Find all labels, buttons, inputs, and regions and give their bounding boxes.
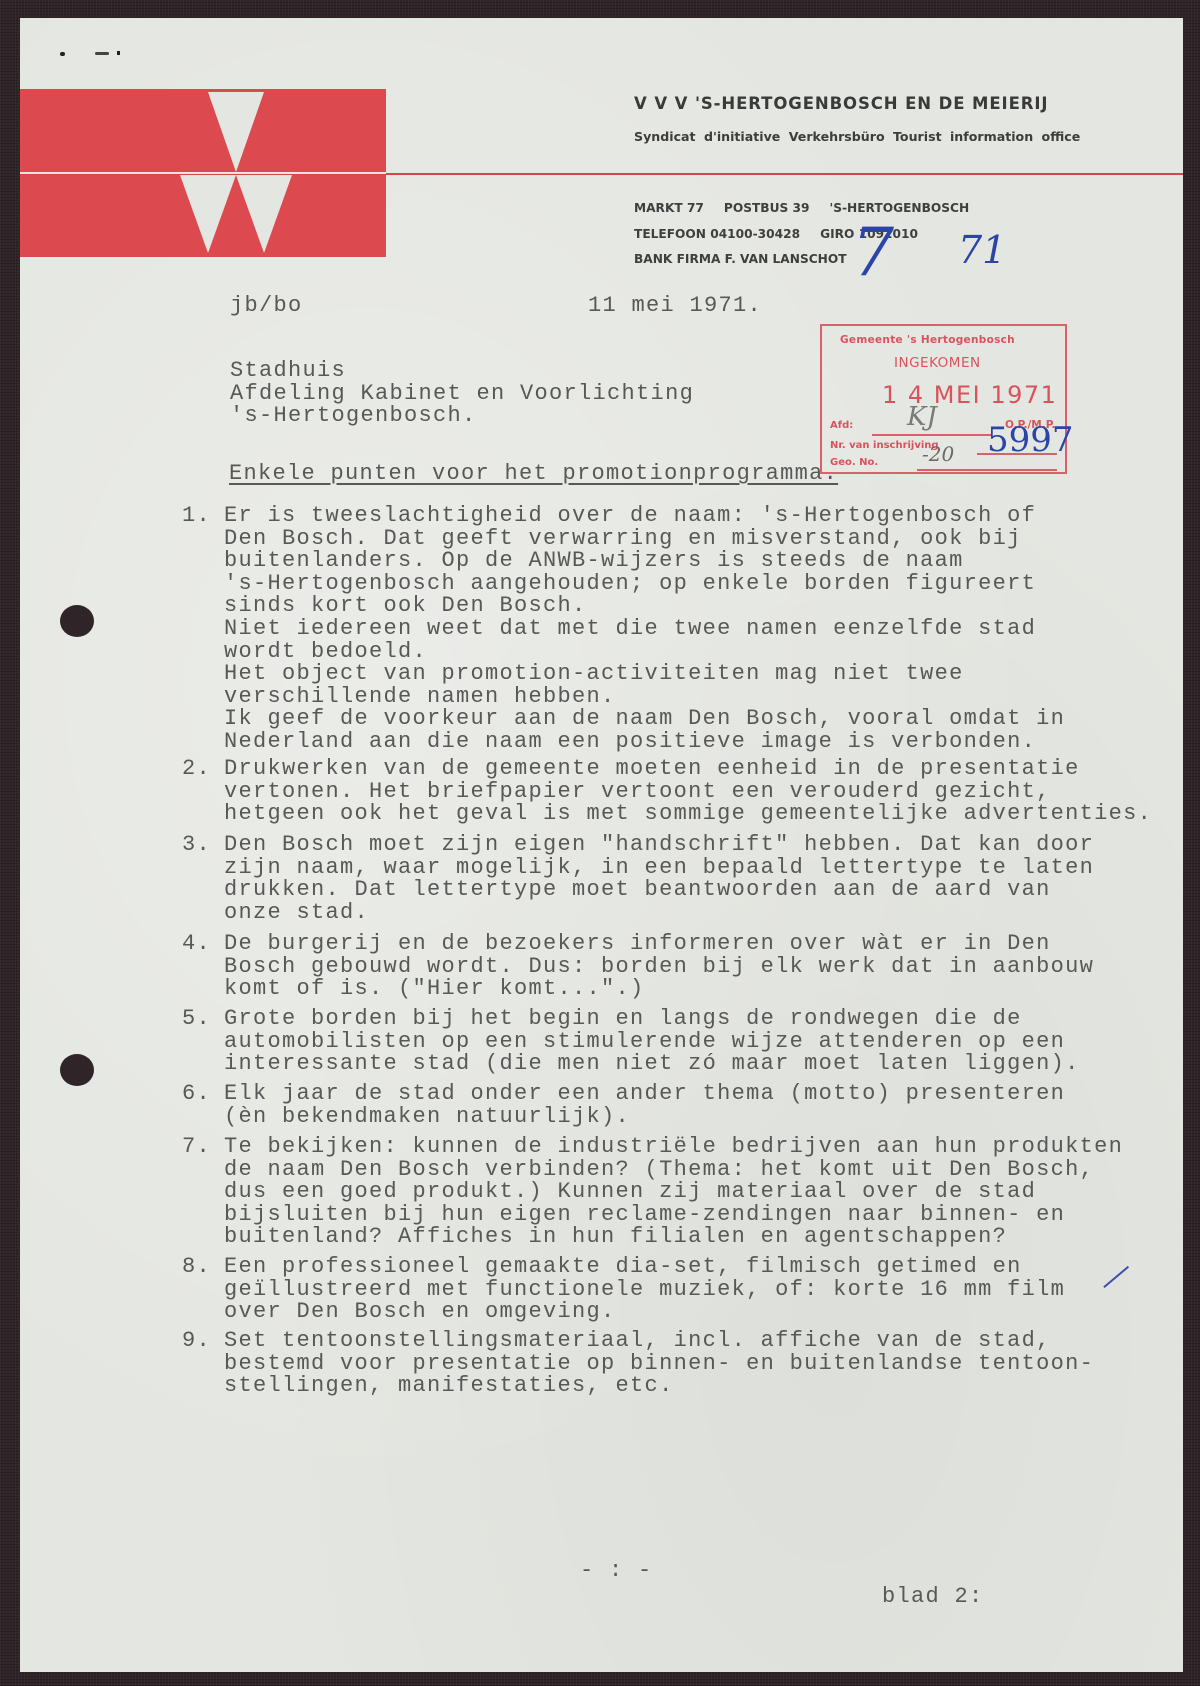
recipient-line-3: 's-Hertogenbosch. (230, 405, 477, 428)
city: 'S-HERTOGENBOSCH (829, 201, 969, 215)
handwritten-afd: KJ (907, 402, 937, 432)
stamp-status: INGEKOMEN (894, 355, 981, 371)
logo-triangle-top (208, 92, 264, 172)
item-body: Te bekijken: kunnen de industriële bedri… (224, 1136, 1123, 1249)
punch-hole-bottom (60, 1054, 94, 1086)
item-number: 6. (182, 1083, 211, 1106)
list-item-3: 3. Den Bosch moet zijn eigen "handschrif… (182, 834, 240, 924)
end-separator: - : - (580, 1560, 653, 1583)
handwritten-number: 5997 (987, 420, 1074, 460)
next-page-indicator: blad 2: (882, 1586, 984, 1609)
item-number: 1. (182, 505, 211, 528)
stamp-rule (917, 469, 1057, 471)
paper-mark (95, 52, 109, 55)
item-body: De burgerij en de bezoekers informeren o… (224, 933, 1094, 1001)
org-subtitle: Syndicat d'initiative Verkehrsbüro Touri… (634, 129, 1080, 144)
item-body: Grote borden bij het begin en langs de r… (224, 1008, 1080, 1076)
handwritten-mark-71: 71 (958, 228, 1006, 272)
item-number: 9. (182, 1330, 211, 1353)
logo-split (20, 172, 386, 174)
po-box: POSTBUS 39 (724, 201, 810, 215)
stamp-rule (872, 434, 992, 436)
item-body: Elk jaar de stad onder een ander thema (… (224, 1083, 1065, 1128)
list-item-1: 1. Er is tweeslachtigheid over de naam: … (182, 505, 240, 595)
street: MARKT 77 (634, 201, 704, 215)
reference-code: jb/bo (230, 295, 303, 318)
handwritten-mark-7: 7 (852, 214, 894, 291)
recipient-line-1: Stadhuis (230, 360, 346, 383)
paper-mark (117, 51, 120, 55)
address-line-1: MARKT 77POSTBUS 39'S-HERTOGENBOSCH (634, 201, 989, 215)
logo-triangle-bottom-left (180, 175, 236, 253)
letter-date: 11 mei 1971. (588, 295, 762, 318)
org-name: V V V 'S-HERTOGENBOSCH EN DE MEIERIJ (634, 94, 1048, 113)
item-number: 8. (182, 1256, 211, 1279)
item-number: 7. (182, 1136, 211, 1159)
item-number: 2. (182, 758, 211, 781)
item-body: Drukwerken van de gemeente moeten eenhei… (224, 758, 1152, 826)
stamp-afd-label: Afd: (830, 420, 853, 431)
item-body: Een professioneel gemaakte dia-set, film… (224, 1256, 1065, 1324)
subject-heading: Enkele punten voor het promotionprogramm… (229, 463, 838, 486)
list-item-7: 7. Te bekijken: kunnen de industriële be… (182, 1136, 240, 1226)
letter-page: V V V 'S-HERTOGENBOSCH EN DE MEIERIJ Syn… (20, 18, 1183, 1672)
received-stamp: Gemeente 's Hertogenbosch INGEKOMEN 1 4 … (820, 324, 1067, 474)
item-number: 5. (182, 1008, 211, 1031)
logo-triangle-bottom-right (236, 175, 292, 253)
item-number: 4. (182, 933, 211, 956)
stamp-municipality: Gemeente 's Hertogenbosch (840, 334, 1015, 346)
item-body: Set tentoonstellingsmateriaal, incl. aff… (224, 1330, 1094, 1398)
punch-hole-top (60, 605, 94, 637)
list-item-9: 9. Set tentoonstellingsmateriaal, incl. … (182, 1330, 240, 1420)
check-mark (1103, 1266, 1128, 1288)
item-body: Er is tweeslachtigheid over de naam: 's-… (224, 505, 1065, 754)
item-number: 3. (182, 834, 211, 857)
paper-mark (60, 52, 65, 56)
telephone: TELEFOON 04100-30428 (634, 227, 800, 241)
handwritten-geo: -20 (922, 442, 954, 466)
address-line-3: BANK FIRMA F. VAN LANSCHOT (634, 252, 847, 266)
item-body: Den Bosch moet zijn eigen "handschrift" … (224, 834, 1094, 924)
